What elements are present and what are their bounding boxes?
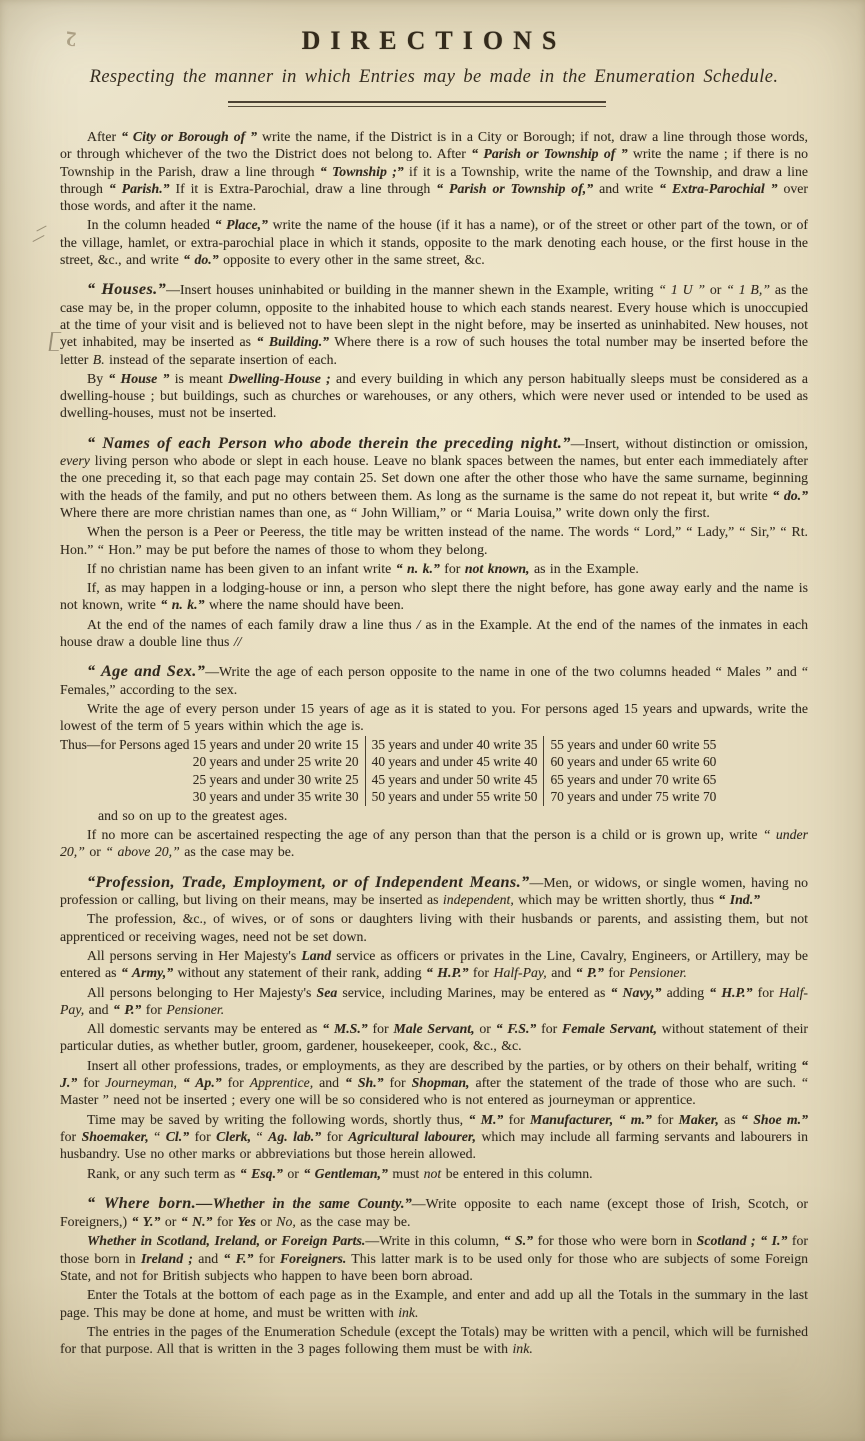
- para-profession-abbreviations: Time may be saved by writing the followi…: [60, 1111, 808, 1163]
- text-segment: for: [384, 1075, 412, 1090]
- text-segment: for: [222, 1075, 250, 1090]
- text-segment: for: [440, 561, 465, 576]
- text-segment: Journeyman,: [105, 1075, 177, 1090]
- age-table-line: 50 years and under 55 write 50: [372, 788, 538, 806]
- text-segment: “ Army,”: [121, 965, 173, 980]
- text-segment: “ above 20,”: [105, 844, 179, 859]
- text-segment: “ Names of each Person who abode therein…: [87, 434, 571, 452]
- document-body: DIRECTIONS Respecting the manner in whic…: [60, 22, 808, 1357]
- text-segment: The entries in the pages of the Enumerat…: [60, 1324, 808, 1356]
- text-segment: ink.: [398, 1305, 418, 1320]
- para-names-family-line: At the end of the names of each family d…: [60, 616, 808, 651]
- text-segment: “ Gentleman,”: [303, 1166, 388, 1181]
- text-segment: or: [475, 1021, 496, 1036]
- text-segment: independent,: [443, 892, 514, 907]
- text-segment: as in the Example.: [530, 561, 639, 576]
- text-segment: “ City or Borough of ”: [121, 129, 257, 144]
- text-segment: “: [149, 1129, 166, 1144]
- para-houses-main: “ Houses.”—Insert houses uninhabited or …: [60, 281, 808, 367]
- title-divider-rule: [228, 101, 606, 107]
- text-segment: service, including Marines, may be enter…: [337, 985, 610, 1000]
- text-segment: “ F.”: [223, 1251, 253, 1266]
- text-segment: All domestic servants may be entered as: [87, 1021, 322, 1036]
- text-segment: Male Servant,: [393, 1021, 474, 1036]
- text-segment: Cl.”: [166, 1129, 189, 1144]
- text-segment: for those who were born in: [533, 1233, 697, 1248]
- para-totals: Enter the Totals at the bottom of each p…: [60, 1286, 808, 1321]
- text-segment: In the column headed: [87, 217, 215, 232]
- section-names: “ Names of each Person who abode therein…: [60, 435, 808, 651]
- text-segment: instead of the separate insertion of eac…: [105, 352, 337, 367]
- text-segment: for: [503, 1112, 530, 1127]
- text-segment: for: [536, 1021, 562, 1036]
- text-segment: ink.: [512, 1341, 532, 1356]
- text-segment: is meant: [169, 371, 228, 386]
- text-segment: “ Y.”: [132, 1214, 161, 1229]
- text-segment: Insert all other professions, trades, or…: [87, 1058, 801, 1073]
- text-segment: Where there are more christian names tha…: [60, 505, 710, 520]
- text-segment: If no christian name has been given to a…: [87, 561, 396, 576]
- text-segment: “ Parish.”: [109, 181, 170, 196]
- text-segment: “ Where born.—: [87, 1194, 213, 1212]
- page-subtitle: Respecting the manner in which Entries m…: [60, 67, 808, 88]
- para-whereborn-scotland: Whether in Scotland, Ireland, or Foreign…: [60, 1232, 808, 1284]
- text-segment: for: [468, 965, 493, 980]
- text-segment: The profession, &c., of wives, or of son…: [60, 911, 808, 943]
- para-place-column: In the column headed “ Place,” write the…: [60, 216, 808, 268]
- page-title: DIRECTIONS: [60, 26, 808, 56]
- age-table-line: 20 years and under 25 write 20: [60, 753, 359, 771]
- text-segment: —Insert houses uninhabited or building i…: [166, 282, 658, 297]
- para-profession-servants: All domestic servants may be entered as …: [60, 1020, 808, 1055]
- text-segment: or: [256, 1214, 276, 1229]
- text-segment: By: [87, 371, 108, 386]
- text-segment: not known,: [465, 561, 530, 576]
- text-segment: Yes: [237, 1214, 255, 1229]
- text-segment: “ H.P.”: [709, 985, 752, 1000]
- text-segment: //: [234, 634, 242, 649]
- text-segment: “Profession, Trade, Employment, or of In…: [87, 873, 530, 891]
- text-segment: Clerk,: [216, 1129, 251, 1144]
- text-segment: All persons belonging to Her Majesty's: [87, 985, 317, 1000]
- text-segment: “ do.”: [183, 252, 219, 267]
- text-segment: for: [189, 1129, 216, 1144]
- age-table-line: 45 years and under 50 write 45: [372, 771, 538, 789]
- text-segment: adding: [661, 985, 709, 1000]
- text-segment: If it is Extra-Parochial, draw a line th…: [170, 181, 437, 196]
- text-segment: be entered in this column.: [441, 1166, 592, 1181]
- text-segment: “ N.”: [181, 1214, 213, 1229]
- text-segment: as the case may be.: [296, 1214, 411, 1229]
- text-segment: “ S.”: [504, 1233, 533, 1248]
- text-segment: where the name should have been.: [205, 597, 404, 612]
- para-profession-rank: Rank, or any such term as “ Esq.” or “ G…: [60, 1165, 808, 1182]
- text-segment: living person who abode or slept in each…: [60, 453, 808, 503]
- age-table-column-2: 35 years and under 40 write 3540 years a…: [365, 736, 544, 806]
- text-segment: “ Ap.”: [183, 1075, 222, 1090]
- text-segment: as: [719, 1112, 741, 1127]
- section-profession: “Profession, Trade, Employment, or of In…: [60, 874, 808, 1182]
- text-segment: for: [212, 1214, 237, 1229]
- text-segment: “ H.P.”: [426, 965, 469, 980]
- text-segment: “ Ind.”: [718, 892, 760, 907]
- age-table-line: 60 years and under 65 write 60: [550, 753, 716, 771]
- text-segment: or: [85, 844, 105, 859]
- text-segment: Whether in the same County.”: [213, 1196, 412, 1212]
- para-city-borough: After “ City or Borough of ” write the n…: [60, 128, 808, 214]
- text-segment: or: [705, 282, 726, 297]
- text-segment: and: [84, 1002, 113, 1017]
- text-segment: “ Sh.”: [345, 1075, 384, 1090]
- para-profession-wives: The profession, &c., of wives, or of son…: [60, 910, 808, 945]
- text-segment: Write the age of every person under 15 y…: [60, 701, 808, 733]
- text-segment: If no more can be ascertained respecting…: [87, 827, 763, 842]
- text-segment: “ Esq.”: [240, 1166, 283, 1181]
- text-segment: for: [253, 1251, 280, 1266]
- age-table-footer: and so on up to the greatest ages.: [98, 807, 808, 824]
- text-segment: Ag. lab.”: [268, 1129, 321, 1144]
- text-segment: B.: [93, 352, 105, 367]
- age-table-line: 25 years and under 30 write 25: [60, 771, 359, 789]
- text-segment: opposite to every other in the same stre…: [219, 252, 485, 267]
- para-houses-definition: By “ House ” is meant Dwelling-House ; a…: [60, 370, 808, 422]
- para-profession-army: All persons serving in Her Majesty's Lan…: [60, 947, 808, 982]
- text-segment: All persons serving in Her Majesty's: [87, 948, 301, 963]
- text-segment: Whether in Scotland, Ireland, or Foreign…: [87, 1233, 365, 1248]
- text-segment: “ Age and Sex.”: [87, 662, 205, 680]
- text-segment: Female Servant,: [562, 1021, 657, 1036]
- text-segment: for: [141, 1002, 166, 1017]
- text-segment: or: [160, 1214, 180, 1229]
- text-segment: “ do.”: [772, 488, 808, 503]
- para-age-unknown: If no more can be ascertained respecting…: [60, 826, 808, 861]
- text-segment: “ Shoe m.”: [741, 1112, 808, 1127]
- text-segment: When the person is a Peer or Peeress, th…: [60, 524, 808, 556]
- text-segment: “: [251, 1129, 268, 1144]
- age-table-column-3: 55 years and under 60 write 5560 years a…: [543, 736, 722, 806]
- text-segment: “ Parish or Township of,”: [436, 181, 593, 196]
- age-table-line: 30 years and under 35 write 30: [60, 788, 359, 806]
- text-segment: without any statement of their rank, add…: [173, 965, 426, 980]
- text-segment: must: [388, 1166, 424, 1181]
- text-segment: and: [313, 1075, 345, 1090]
- text-segment: as the case may be.: [180, 844, 295, 859]
- age-table-line: 65 years and under 70 write 65: [550, 771, 716, 789]
- text-segment: “ m.”: [619, 1112, 652, 1127]
- text-segment: Sea: [317, 985, 338, 1000]
- text-segment: not: [424, 1166, 442, 1181]
- text-segment: “ Navy,”: [610, 985, 661, 1000]
- text-segment: or: [283, 1166, 303, 1181]
- age-table-column-1: Thus—for Persons aged 15 years and under…: [60, 736, 365, 806]
- directions-text: After “ City or Borough of ” write the n…: [60, 128, 808, 1357]
- text-segment: “ I.”: [760, 1233, 787, 1248]
- age-table-line: 40 years and under 45 write 40: [372, 753, 538, 771]
- para-profession-navy: All persons belonging to Her Majesty's S…: [60, 984, 808, 1019]
- text-segment: “ Township ;”: [320, 164, 404, 179]
- text-segment: for: [77, 1075, 105, 1090]
- text-segment: and: [547, 965, 576, 980]
- text-segment: and: [193, 1251, 223, 1266]
- text-segment: for: [753, 985, 779, 1000]
- text-segment: “ M.S.”: [322, 1021, 367, 1036]
- age-table-line: 35 years and under 40 write 35: [372, 736, 538, 754]
- text-segment: for: [60, 1129, 82, 1144]
- text-segment: “ 1 B,”: [726, 282, 770, 297]
- text-segment: “ P.”: [576, 965, 604, 980]
- text-segment: “ n. k.”: [396, 561, 440, 576]
- age-table-line: 55 years and under 60 write 55: [550, 736, 716, 754]
- text-segment: Pensioner.: [166, 1002, 224, 1017]
- para-age-under15: Write the age of every person under 15 y…: [60, 700, 808, 735]
- age-table-line: 70 years and under 75 write 70: [550, 788, 716, 806]
- text-segment: for: [652, 1112, 679, 1127]
- text-segment: Ireland ;: [141, 1251, 193, 1266]
- text-segment: “ 1 U ”: [658, 282, 705, 297]
- para-names-peer: When the person is a Peer or Peeress, th…: [60, 523, 808, 558]
- text-segment: “ Extra-Parochial ”: [659, 181, 777, 196]
- section-where-born: “ Where born.—Whether in the same County…: [60, 1195, 808, 1358]
- text-segment: Scotland ;: [697, 1233, 756, 1248]
- text-segment: “ Place,”: [215, 217, 268, 232]
- text-segment: “ House ”: [108, 371, 169, 386]
- text-segment: Maker,: [679, 1112, 719, 1127]
- text-segment: Rank, or any such term as: [87, 1166, 240, 1181]
- text-segment: and write: [593, 181, 659, 196]
- text-segment: No,: [276, 1214, 296, 1229]
- text-segment: At the end of the names of each family d…: [87, 617, 417, 632]
- para-names-lodging: If, as may happen in a lodging-house or …: [60, 579, 808, 614]
- text-segment: “ M.”: [468, 1112, 503, 1127]
- text-segment: “ n. k.”: [160, 597, 204, 612]
- text-segment: Pensioner.: [629, 965, 687, 980]
- text-segment: Time may be saved by writing the followi…: [87, 1112, 468, 1127]
- text-segment: which may be written shortly, thus: [514, 892, 719, 907]
- age-table: Thus—for Persons aged 15 years and under…: [60, 736, 808, 806]
- para-names-infant: If no christian name has been given to a…: [60, 560, 808, 577]
- age-table-line: Thus—for Persons aged 15 years and under…: [60, 736, 359, 754]
- text-segment: Half-Pay,: [493, 965, 546, 980]
- para-profession-main: “Profession, Trade, Employment, or of In…: [60, 874, 808, 909]
- text-segment: for: [368, 1021, 394, 1036]
- section-houses: “ Houses.”—Insert houses uninhabited or …: [60, 281, 808, 421]
- section-age-sex: “ Age and Sex.”—Write the age of each pe…: [60, 663, 808, 860]
- text-segment: —Write in this column,: [365, 1233, 503, 1248]
- text-segment: After: [87, 129, 121, 144]
- text-segment: —Insert, without distinction or omission…: [571, 436, 808, 451]
- text-segment: Agricultural labourer,: [348, 1129, 476, 1144]
- para-names-main: “ Names of each Person who abode therein…: [60, 435, 808, 521]
- para-pencil-ink: The entries in the pages of the Enumerat…: [60, 1323, 808, 1358]
- text-segment: for: [604, 965, 629, 980]
- text-segment: “ Parish or Township of ”: [471, 146, 627, 161]
- text-segment: “ Building.”: [256, 334, 329, 349]
- text-segment: Enter the Totals at the bottom of each p…: [60, 1287, 808, 1319]
- pencil-margin-dashes: [36, 228, 54, 242]
- text-segment: every: [60, 453, 90, 468]
- text-segment: Manufacturer,: [530, 1112, 613, 1127]
- text-segment: “ Houses.”: [87, 280, 166, 298]
- para-age-main: “ Age and Sex.”—Write the age of each pe…: [60, 663, 808, 698]
- para-profession-trades: Insert all other professions, trades, or…: [60, 1057, 808, 1109]
- text-segment: “ P.”: [113, 1002, 141, 1017]
- text-segment: Foreigners.: [280, 1251, 346, 1266]
- text-segment: “ F.S.”: [496, 1021, 537, 1036]
- text-segment: Dwelling-House ;: [228, 371, 331, 386]
- text-segment: Shopman,: [412, 1075, 470, 1090]
- para-whereborn-county: “ Where born.—Whether in the same County…: [60, 1195, 808, 1231]
- text-segment: Land: [301, 948, 331, 963]
- text-segment: for: [321, 1129, 348, 1144]
- document-page: { "header": { "title": "DIRECTIONS", "su…: [0, 0, 865, 1441]
- section-intro: After “ City or Borough of ” write the n…: [60, 128, 808, 268]
- text-segment: Apprentice,: [250, 1075, 313, 1090]
- text-segment: Shoemaker,: [82, 1129, 149, 1144]
